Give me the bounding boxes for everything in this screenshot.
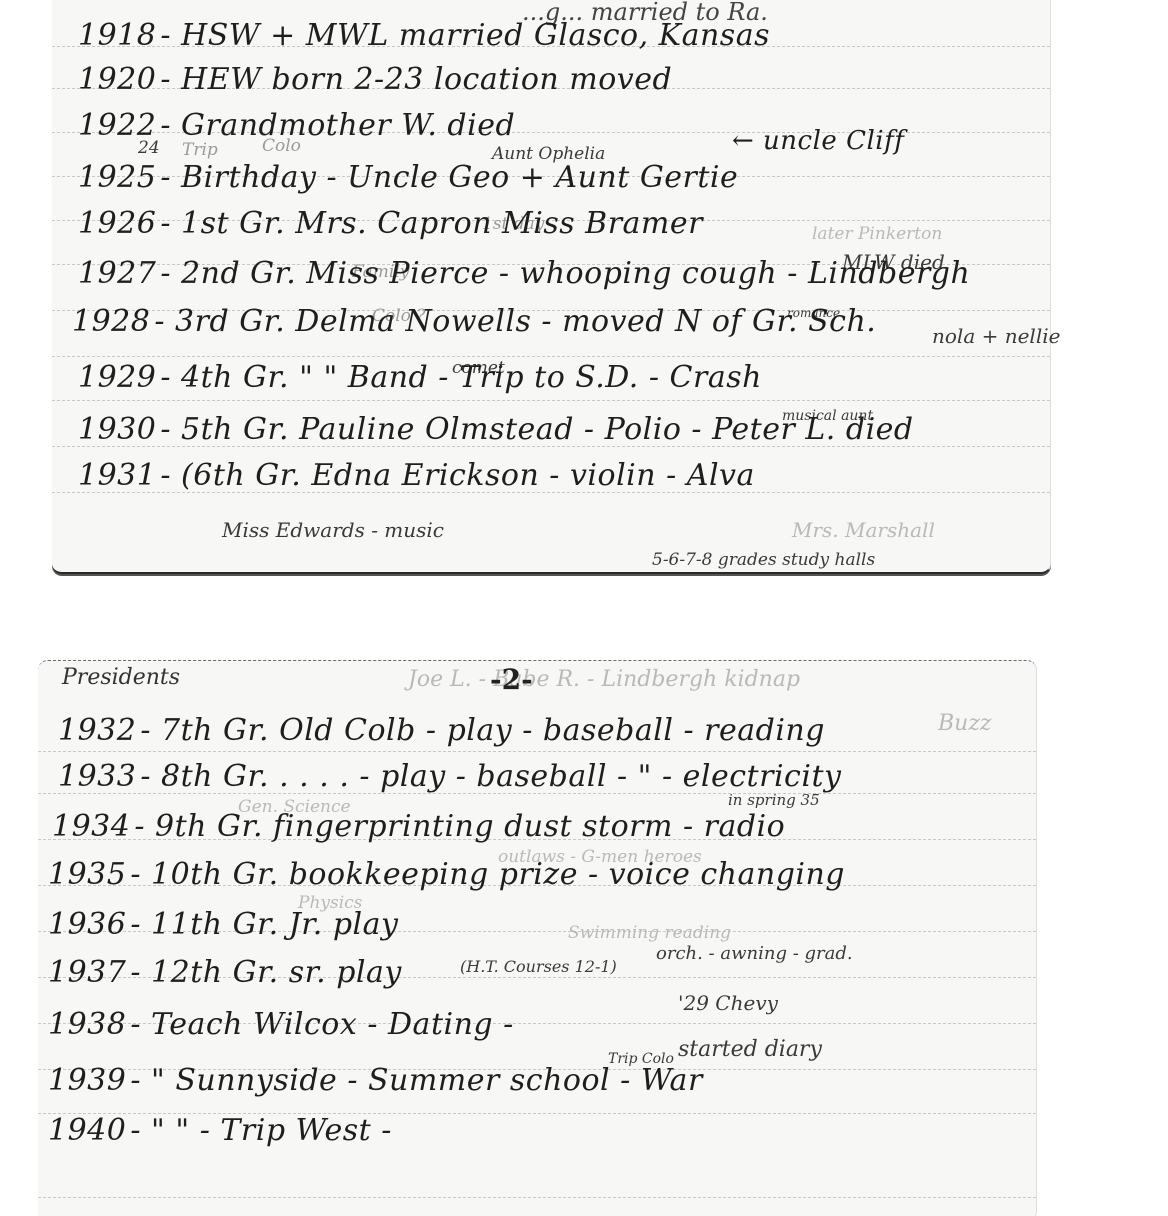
aside-uncle-cliff: ← uncle Cliff	[732, 126, 904, 156]
note-24: 24	[138, 138, 160, 158]
note-colo: Colo	[262, 136, 301, 156]
entry-1935: 1935- 10th Gr. bookkeeping prize - voice…	[48, 857, 845, 892]
entry-1937: 1937- 12th Gr. sr. play	[48, 955, 402, 990]
entry-1929: 1929- 4th Gr. " " Band - Trip to S.D. - …	[78, 360, 762, 395]
entry-1940: 1940- " " - Trip West -	[48, 1113, 392, 1148]
note-study-hall: 5-6-7-8 grades study halls	[652, 550, 875, 570]
entry-1939: 1939- " Sunnyside - Summer school - War	[48, 1063, 703, 1098]
note-miss-edwards: Miss Edwards - music	[222, 518, 444, 542]
entry-1928: 1928- 3rd Gr. Delma Nowells - moved N of…	[72, 304, 876, 339]
note-later: later Pinkerton	[812, 224, 942, 244]
entry-1927: 1927- 2nd Gr. Miss Pierce - whooping cou…	[78, 256, 970, 291]
bracket-ht-courses: (H.T. Courses 12-1)	[460, 957, 617, 976]
aside-chevy: '29 Chevy	[678, 991, 778, 1015]
aside-started-diary: started diary	[678, 1037, 822, 1062]
note-in-spring: in spring 35	[728, 791, 820, 809]
entry-1925: 1925- Birthday - Uncle Geo + Aunt Gertie	[78, 160, 738, 195]
entry-1926: 1926- 1st Gr. Mrs. Capron Miss Bramer	[78, 206, 703, 241]
aside-orch: orch. - awning - grad.	[656, 943, 853, 964]
entry-1920: 1920- HEW born 2-23 location moved	[78, 62, 672, 97]
entry-1930: 1930- 5th Gr. Pauline Olmstead - Polio -…	[78, 412, 914, 447]
note-mrs-marshall: Mrs. Marshall	[792, 518, 935, 542]
aside-nola-nellie: nola + nellie	[932, 324, 1060, 348]
entry-1932: 1932- 7th Gr. Old Colb - play - baseball…	[58, 713, 825, 748]
entry-1938: 1938- Teach Wilcox - Dating -	[48, 1007, 514, 1042]
page-number: -2-	[490, 663, 533, 696]
faint-buzz: Buzz	[938, 711, 992, 736]
faint-reading: Swimming reading	[568, 923, 731, 943]
heading-presidents: Presidents	[62, 665, 180, 690]
entry-1936: 1936- 11th Gr. Jr. play	[48, 907, 398, 942]
index-card-2: Presidents Joe L. - Babe R. - Lindbergh …	[38, 660, 1037, 1216]
note-trip: Trip	[182, 140, 218, 160]
entry-1931: 1931- (6th Gr. Edna Erickson - violin - …	[78, 458, 755, 493]
entry-1918: 1918- HSW + MWL married Glasco, Kansas	[78, 18, 770, 53]
entry-1933: 1933- 8th Gr. . . . . - play - baseball …	[58, 759, 841, 794]
faint-header: Joe L. - Babe R. - Lindbergh kidnap	[408, 667, 800, 692]
entry-1934: 1934- 9th Gr. fingerprinting dust storm …	[52, 809, 785, 844]
index-card-1: ...g... married to Ra. 1918- HSW + MWL m…	[52, 0, 1051, 574]
